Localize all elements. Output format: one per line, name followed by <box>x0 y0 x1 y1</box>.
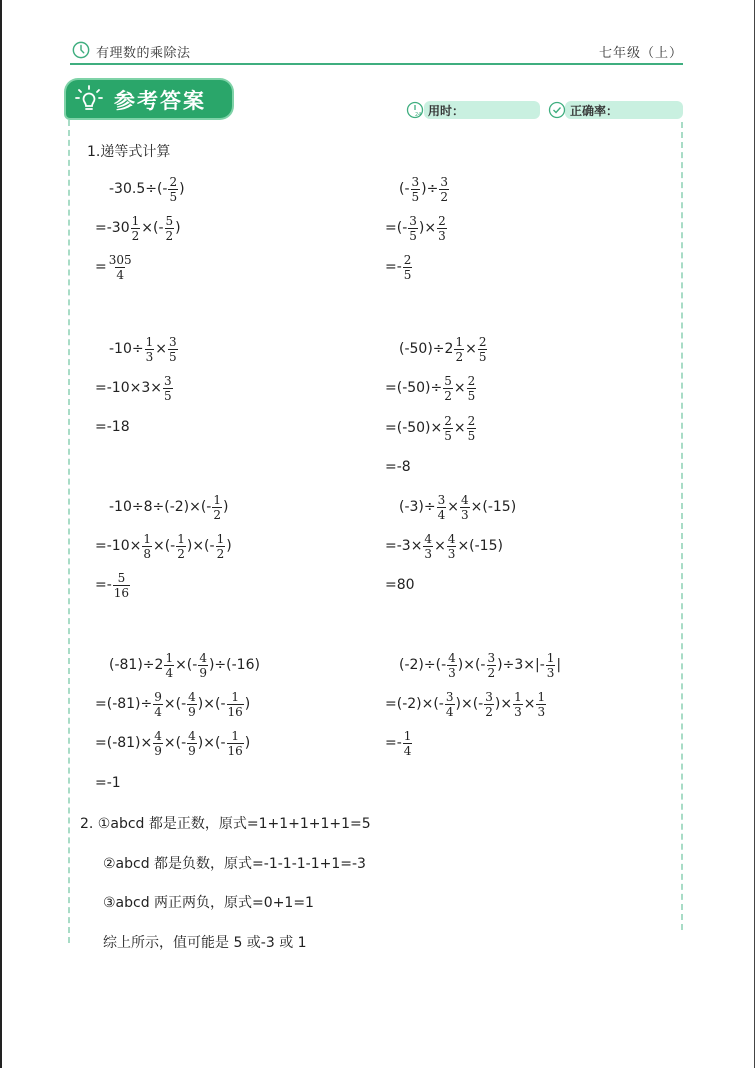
denominator: 4 <box>153 704 163 719</box>
numerator: 2 <box>443 414 453 428</box>
denominator: 5 <box>168 349 178 364</box>
denominator: 4 <box>403 743 413 758</box>
numerator: 2 <box>467 414 477 428</box>
denominator: 2 <box>439 189 449 204</box>
clock-icon <box>72 41 90 59</box>
numerator: 1 <box>145 335 155 349</box>
fraction: 49 <box>187 690 197 719</box>
fraction: 25 <box>403 253 413 282</box>
math-text: )×(- <box>187 538 215 554</box>
denominator: 2 <box>454 349 464 364</box>
math-step: =-10×3×35 <box>95 371 174 405</box>
math-step: =(-50)÷52×25 <box>385 371 477 405</box>
time-label: 用时： <box>428 102 464 119</box>
math-text: )÷3×|- <box>497 657 545 673</box>
denominator: 3 <box>423 546 433 561</box>
numerator: 1 <box>212 493 222 507</box>
math-text: (-81)÷2 <box>109 657 163 673</box>
denominator: 2 <box>216 546 226 561</box>
denominator: 16 <box>113 585 130 600</box>
denominator: 5 <box>467 388 477 403</box>
math-text: =- <box>385 735 402 751</box>
fraction: 25 <box>478 335 488 364</box>
numerator: 4 <box>447 532 457 546</box>
math-text: =-1 <box>95 775 121 791</box>
math-text: =-10× <box>95 538 141 554</box>
denominator: 3 <box>447 546 457 561</box>
fraction: 49 <box>153 729 163 758</box>
numerator: 1 <box>403 729 413 743</box>
denominator: 4 <box>445 704 455 719</box>
page-border-right <box>754 0 755 1068</box>
header-divider <box>70 63 683 65</box>
math-step: -10÷13×35 <box>109 332 179 366</box>
math-text: (-50)÷2 <box>399 341 453 357</box>
numerator: 3 <box>487 651 497 665</box>
numerator: 3 <box>439 175 449 189</box>
numerator: 4 <box>187 690 197 704</box>
fraction: 116 <box>227 690 244 719</box>
page-border-left <box>0 0 2 1068</box>
math-text: =(-2)×(- <box>385 696 444 712</box>
fraction: 52 <box>165 214 175 243</box>
q2-case-3: ③abcd 两正两负，原式=0+1=1 <box>103 892 314 912</box>
math-step: -30.5÷(-25) <box>109 172 185 206</box>
fraction: 32 <box>487 651 497 680</box>
math-text: =-18 <box>95 419 130 435</box>
math-text: ) <box>245 735 250 751</box>
math-step: -10÷8÷(-2)×(-12) <box>109 490 228 524</box>
math-text: ) <box>179 181 184 197</box>
math-text: )×(- <box>458 657 486 673</box>
math-text: × <box>434 538 446 554</box>
math-step: =(-81)×49×(-49)×(-116) <box>95 726 250 760</box>
fraction: 23 <box>437 214 447 243</box>
math-step: =-25 <box>385 250 413 284</box>
denominator: 5 <box>411 189 421 204</box>
numerator: 305 <box>108 253 133 267</box>
denominator: 4 <box>164 665 174 680</box>
math-text: ) <box>223 499 228 515</box>
fraction: 35 <box>408 214 418 243</box>
answer-banner: 参考答案 <box>66 80 232 118</box>
denominator: 5 <box>467 428 477 443</box>
math-step: (-81)÷214×(-49)÷(-16) <box>109 648 260 682</box>
numerator: 3 <box>411 175 421 189</box>
numerator: 1 <box>216 532 226 546</box>
fraction: 13 <box>536 690 546 719</box>
math-step: =(-81)÷94×(-49)×(-116) <box>95 687 250 721</box>
denominator: 3 <box>546 665 556 680</box>
math-text: =(- <box>385 220 407 236</box>
numerator: 1 <box>536 690 546 704</box>
math-step: =-3012×(-52) <box>95 211 181 245</box>
fraction: 116 <box>227 729 244 758</box>
math-text: =80 <box>385 577 415 593</box>
denominator: 2 <box>212 507 222 522</box>
math-text: × <box>454 380 466 396</box>
denominator: 8 <box>142 546 152 561</box>
fraction: 25 <box>467 374 477 403</box>
fraction: 12 <box>216 532 226 561</box>
denominator: 4 <box>115 267 125 282</box>
math-step: =-18 <box>95 410 130 444</box>
fraction: 35 <box>168 335 178 364</box>
math-text: ) <box>175 220 180 236</box>
math-text: = <box>95 259 107 275</box>
math-step: =(-50)×25×25 <box>385 411 477 445</box>
fraction: 43 <box>447 532 457 561</box>
numerator: 4 <box>198 651 208 665</box>
fraction: 94 <box>153 690 163 719</box>
numerator: 1 <box>164 651 174 665</box>
math-step: (-35)÷32 <box>399 172 450 206</box>
math-text: -30.5÷(- <box>109 181 167 197</box>
numerator: 1 <box>546 651 556 665</box>
numerator: 2 <box>467 374 477 388</box>
numerator: 2 <box>168 175 178 189</box>
svg-text:24: 24 <box>415 112 421 118</box>
numerator: 4 <box>460 493 470 507</box>
fraction: 13 <box>546 651 556 680</box>
numerator: 3 <box>163 374 173 388</box>
math-text: )×(- <box>456 696 484 712</box>
math-text: × <box>465 341 477 357</box>
math-step: =80 <box>385 568 415 602</box>
math-step: =3054 <box>95 250 134 284</box>
grade-label: 七年级（上） <box>599 42 683 61</box>
denominator: 3 <box>447 665 457 680</box>
math-text: =(-81)÷ <box>95 696 152 712</box>
fraction: 3054 <box>108 253 133 282</box>
chapter-title: 有理数的乘除法 <box>96 42 191 61</box>
denominator: 16 <box>227 743 244 758</box>
math-text: (-2)÷(- <box>399 657 446 673</box>
accuracy-label: 正确率： <box>570 102 618 119</box>
numerator: 1 <box>176 532 186 546</box>
math-text: )÷(-16) <box>209 657 260 673</box>
fraction: 43 <box>460 493 470 522</box>
numerator: 4 <box>423 532 433 546</box>
denominator: 3 <box>536 704 546 719</box>
numerator: 3 <box>408 214 418 228</box>
math-text: =-8 <box>385 459 411 475</box>
math-text: )×(- <box>198 735 226 751</box>
numerator: 1 <box>230 729 240 743</box>
math-text: ×(-15) <box>471 499 517 515</box>
math-text: )× <box>419 220 436 236</box>
math-text: × <box>155 341 167 357</box>
denominator: 3 <box>460 507 470 522</box>
math-text: × <box>524 696 536 712</box>
denominator: 2 <box>443 388 453 403</box>
fraction: 12 <box>212 493 222 522</box>
denominator: 5 <box>163 388 173 403</box>
math-text: ×(- <box>164 735 186 751</box>
numerator: 1 <box>131 214 141 228</box>
numerator: 3 <box>484 690 494 704</box>
fraction: 25 <box>168 175 178 204</box>
math-text: =(-81)× <box>95 735 152 751</box>
math-text: =- <box>95 577 112 593</box>
answer-banner-label: 参考答案 <box>114 85 206 115</box>
fraction: 12 <box>131 214 141 243</box>
fraction: 49 <box>198 651 208 680</box>
math-text: (-3)÷ <box>399 499 436 515</box>
question-1-title: 1.递等式计算 <box>87 141 170 161</box>
numerator: 1 <box>142 532 152 546</box>
denominator: 3 <box>437 228 447 243</box>
math-step: (-3)÷34×43×(-15) <box>399 490 516 524</box>
numerator: 5 <box>117 571 127 585</box>
lightbulb-icon <box>74 84 104 114</box>
math-text: ) <box>226 538 231 554</box>
denominator: 9 <box>153 743 163 758</box>
fraction: 35 <box>411 175 421 204</box>
math-text: =-30 <box>95 220 130 236</box>
numerator: 2 <box>478 335 488 349</box>
fraction: 32 <box>484 690 494 719</box>
fraction: 14 <box>403 729 413 758</box>
fraction: 43 <box>447 651 457 680</box>
numerator: 3 <box>437 493 447 507</box>
fraction: 12 <box>454 335 464 364</box>
denominator: 3 <box>145 349 155 364</box>
denominator: 2 <box>131 228 141 243</box>
denominator: 9 <box>198 665 208 680</box>
denominator: 3 <box>513 704 523 719</box>
fraction: 18 <box>142 532 152 561</box>
math-text: | <box>556 657 561 673</box>
math-text: =- <box>385 259 402 275</box>
numerator: 2 <box>403 253 413 267</box>
denominator: 2 <box>176 546 186 561</box>
math-text: -10÷8÷(-2)×(- <box>109 499 211 515</box>
denominator: 5 <box>168 189 178 204</box>
math-step: =(-35)×23 <box>385 211 448 245</box>
dashed-margin-left <box>68 120 70 943</box>
numerator: 1 <box>454 335 464 349</box>
fraction: 43 <box>423 532 433 561</box>
fraction: 13 <box>513 690 523 719</box>
math-text: )÷ <box>421 181 438 197</box>
math-step: (-50)÷212×25 <box>399 332 488 366</box>
numerator: 3 <box>168 335 178 349</box>
check-circle-icon <box>548 101 566 119</box>
denominator: 4 <box>437 507 447 522</box>
page-header: 有理数的乘除法 七年级（上） <box>70 38 683 64</box>
math-text: =-3× <box>385 538 422 554</box>
denominator: 9 <box>187 743 197 758</box>
denominator: 5 <box>408 228 418 243</box>
math-text: =(-50)÷ <box>385 380 442 396</box>
timer-icon: 24 <box>406 101 424 119</box>
dashed-margin-right <box>681 122 683 930</box>
fraction: 516 <box>113 571 130 600</box>
math-text: ×(- <box>141 220 163 236</box>
math-text: ×(- <box>164 696 186 712</box>
math-text: =(-50)× <box>385 420 442 436</box>
numerator: 2 <box>437 214 447 228</box>
numerator: 1 <box>513 690 523 704</box>
math-step: (-2)÷(-43)×(-32)÷3×|-13| <box>399 648 561 682</box>
numerator: 5 <box>165 214 175 228</box>
math-text: -10÷ <box>109 341 144 357</box>
math-step: =-516 <box>95 568 131 602</box>
numerator: 5 <box>443 374 453 388</box>
numerator: 1 <box>230 690 240 704</box>
fraction: 25 <box>467 414 477 443</box>
math-text: × <box>447 499 459 515</box>
math-text: =-10×3× <box>95 380 162 396</box>
math-text: × <box>454 420 466 436</box>
numerator: 3 <box>445 690 455 704</box>
fraction: 25 <box>443 414 453 443</box>
math-text: )×(- <box>198 696 226 712</box>
math-text: ×(-15) <box>457 538 503 554</box>
fraction: 52 <box>443 374 453 403</box>
denominator: 2 <box>484 704 494 719</box>
math-step: =-10×18×(-12)×(-12) <box>95 529 232 563</box>
fraction: 35 <box>163 374 173 403</box>
denominator: 5 <box>443 428 453 443</box>
numerator: 4 <box>153 729 163 743</box>
fraction: 34 <box>445 690 455 719</box>
denominator: 2 <box>165 228 175 243</box>
fraction: 14 <box>164 651 174 680</box>
numerator: 4 <box>187 729 197 743</box>
numerator: 9 <box>153 690 163 704</box>
math-step: =-1 <box>95 766 121 800</box>
fraction: 12 <box>176 532 186 561</box>
denominator: 2 <box>487 665 497 680</box>
math-text: ×(- <box>175 657 197 673</box>
denominator: 5 <box>403 267 413 282</box>
math-step: =-14 <box>385 726 413 760</box>
math-step: =-8 <box>385 450 411 484</box>
denominator: 9 <box>187 704 197 719</box>
fraction: 49 <box>187 729 197 758</box>
q2-case-2: ②abcd 都是负数，原式=-1-1-1-1+1=-3 <box>103 853 366 873</box>
math-text: )× <box>495 696 512 712</box>
fraction: 13 <box>145 335 155 364</box>
math-text: ) <box>245 696 250 712</box>
fraction: 32 <box>439 175 449 204</box>
math-text: ×(- <box>153 538 175 554</box>
math-step: =(-2)×(-34)×(-32)×13×13 <box>385 687 547 721</box>
denominator: 16 <box>227 704 244 719</box>
denominator: 5 <box>478 349 488 364</box>
q2-case-1: 2. ①abcd 都是正数，原式=1+1+1+1+1=5 <box>80 813 371 833</box>
fraction: 34 <box>437 493 447 522</box>
math-step: =-3×43×43×(-15) <box>385 529 503 563</box>
math-text: (- <box>399 181 410 197</box>
q2-conclusion: 综上所示，值可能是 5 或-3 或 1 <box>103 932 307 952</box>
numerator: 4 <box>447 651 457 665</box>
